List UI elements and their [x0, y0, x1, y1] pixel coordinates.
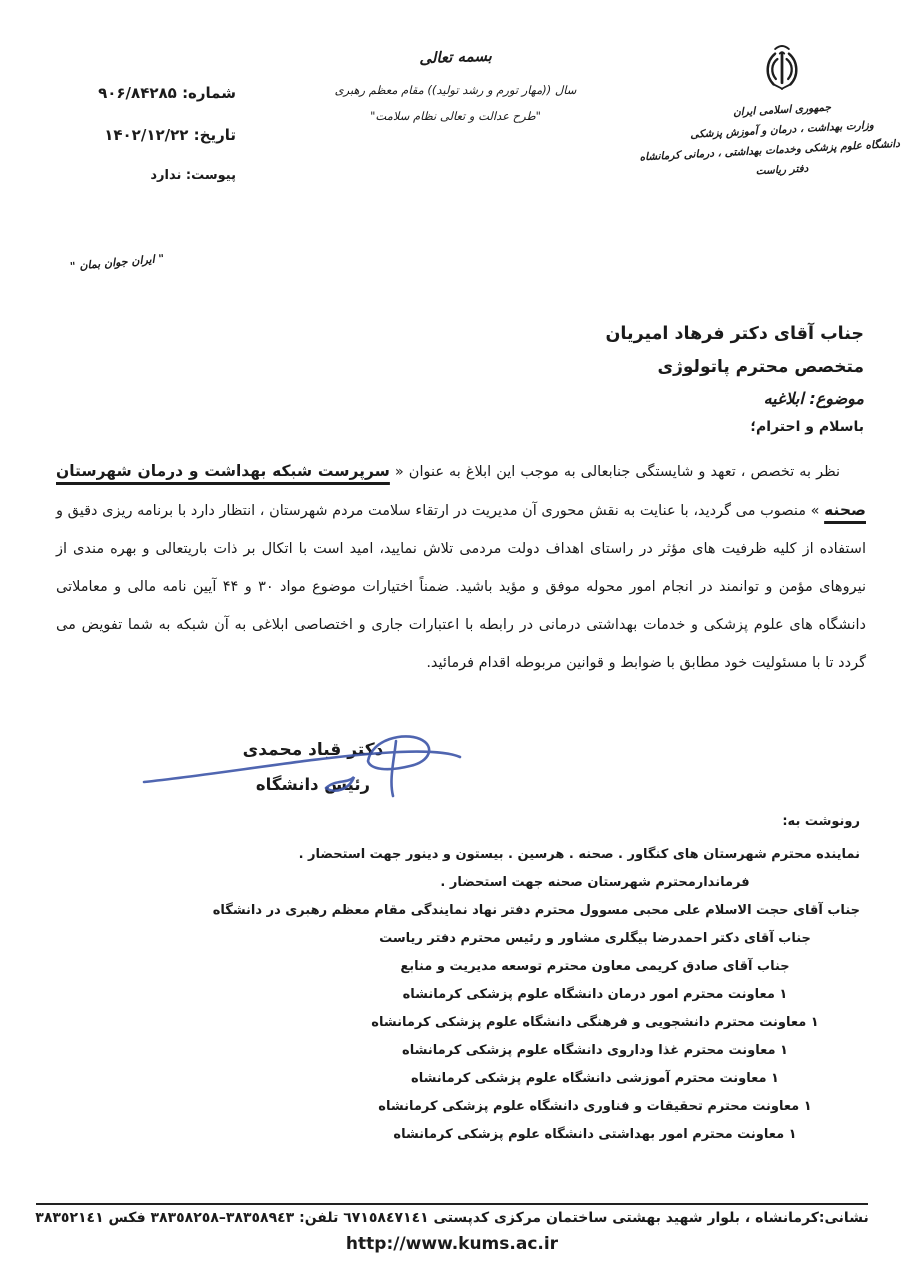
date-label: تاریخ: [194, 126, 236, 144]
cc-item: فرماندارمحترم شهرستان صحنه جهت استحضار . [330, 869, 860, 897]
number-value: ۹۰۶/۸۴۲۸۵ [98, 84, 177, 102]
org-office: دفتر ریاست [664, 158, 900, 182]
cc-item: ۱ معاونت محترم آموزشی دانشگاه علوم پزشکی… [330, 1065, 860, 1093]
date-row: تاریخ: ۱۴۰۲/۱۲/۲۲ [56, 126, 236, 144]
document-page: شماره: ۹۰۶/۸۴۲۸۵ تاریخ: ۱۴۰۲/۱۲/۲۲ پیوست… [0, 0, 904, 1280]
org-country: جمهوری اسلامی ایران [664, 98, 900, 122]
recipient-name: جناب آقای دکتر فرهاد امیریان [605, 324, 864, 344]
cc-item: جناب آقای صادق کریمی معاون محترم توسعه م… [330, 953, 860, 981]
recipient-role: متخصص محترم پاتولوژی [605, 357, 864, 377]
health-plan-slogan: "طرح عدالت و تعالی نظام سلامت" [298, 109, 613, 123]
footer-address: نشانی:کرمانشاه ، بلوار شهید بهشتی ساختما… [20, 1210, 884, 1226]
body-part1: نظر به تخصص ، تعهد و شایستگی جنابعالی به… [390, 464, 840, 480]
signature-block: دکتر قباد محمدی رئیس دانشگاه [203, 740, 423, 794]
cc-item: ۱ معاونت محترم غذا وداروی دانشگاه علوم پ… [330, 1037, 860, 1065]
cc-item: ۱ معاونت محترم امور درمان دانشگاه علوم پ… [330, 981, 860, 1009]
signatory-title: رئیس دانشگاه [203, 775, 423, 794]
letterhead-meta: شماره: ۹۰۶/۸۴۲۸۵ تاریخ: ۱۴۰۲/۱۲/۲۲ پیوست… [56, 84, 236, 207]
cc-label: رونوشت به: [782, 814, 860, 829]
subject-value: ابلاغیه [764, 389, 804, 408]
signatory-name: دکتر قباد محمدی [203, 740, 423, 760]
cc-item: ۱ معاونت محترم دانشجویی و فرهنگی دانشگاه… [330, 1009, 860, 1037]
attachment-value: ندارد [150, 168, 181, 183]
year-slogan: سال ((مهار تورم و رشد تولید)) مقام معظم … [298, 83, 613, 97]
cc-item: ۱ معاونت محترم تحقیقات و فناوری دانشگاه … [330, 1093, 860, 1121]
cc-item: جناب آقای دکتر احمدرضا بیگلری مشاور و رئ… [330, 925, 860, 953]
cc-item: نماینده محترم شهرستان های کنگاور . صحنه … [330, 841, 860, 869]
subject-line: موضوع: ابلاغیه [605, 389, 864, 408]
recipient-block: جناب آقای دکتر فرهاد امیریان متخصص محترم… [605, 324, 864, 435]
date-value: ۱۴۰۲/۱۲/۲۲ [104, 126, 188, 144]
org-ministry: وزارت بهداشت ، درمان و آموزش پزشکی [664, 118, 900, 142]
cc-item: جناب آقای حجت الاسلام علی محبی مسوول محت… [330, 897, 860, 925]
letterhead-center: بسمه تعالی سال ((مهار تورم و رشد تولید))… [298, 48, 613, 123]
org-university: دانشگاه علوم پزشکی وخدمات بهداشتی ، درما… [664, 138, 900, 162]
body-paragraph: نظر به تخصص ، تعهد و شایستگی جنابعالی به… [56, 452, 866, 682]
number-row: شماره: ۹۰۶/۸۴۲۸۵ [56, 84, 236, 102]
cc-list: نماینده محترم شهرستان های کنگاور . صحنه … [330, 841, 860, 1149]
org-block: جمهوری اسلامی ایران وزارت بهداشت ، درمان… [664, 42, 900, 176]
attachment-row: پیوست: ندارد [56, 168, 236, 183]
footer-url: http://www.kums.ac.ir [0, 1234, 904, 1254]
subject-label: موضوع: [809, 389, 864, 408]
body-part2: » منصوب می گردید، با عنایت به نقش محوری … [56, 503, 866, 671]
number-label: شماره: [182, 84, 236, 102]
cc-item: ۱ معاونت محترم امور بهداشتی دانشگاه علوم… [330, 1121, 860, 1149]
iran-emblem-icon [664, 42, 900, 96]
footer-divider [36, 1203, 868, 1205]
attachment-label: پیوست: [186, 168, 236, 183]
bismillah-text: بسمه تعالی [298, 43, 613, 72]
iran-stay-young-slogan: " ایران جوان بمان " [52, 250, 183, 274]
salutation: باسلام و احترام؛ [605, 419, 864, 435]
